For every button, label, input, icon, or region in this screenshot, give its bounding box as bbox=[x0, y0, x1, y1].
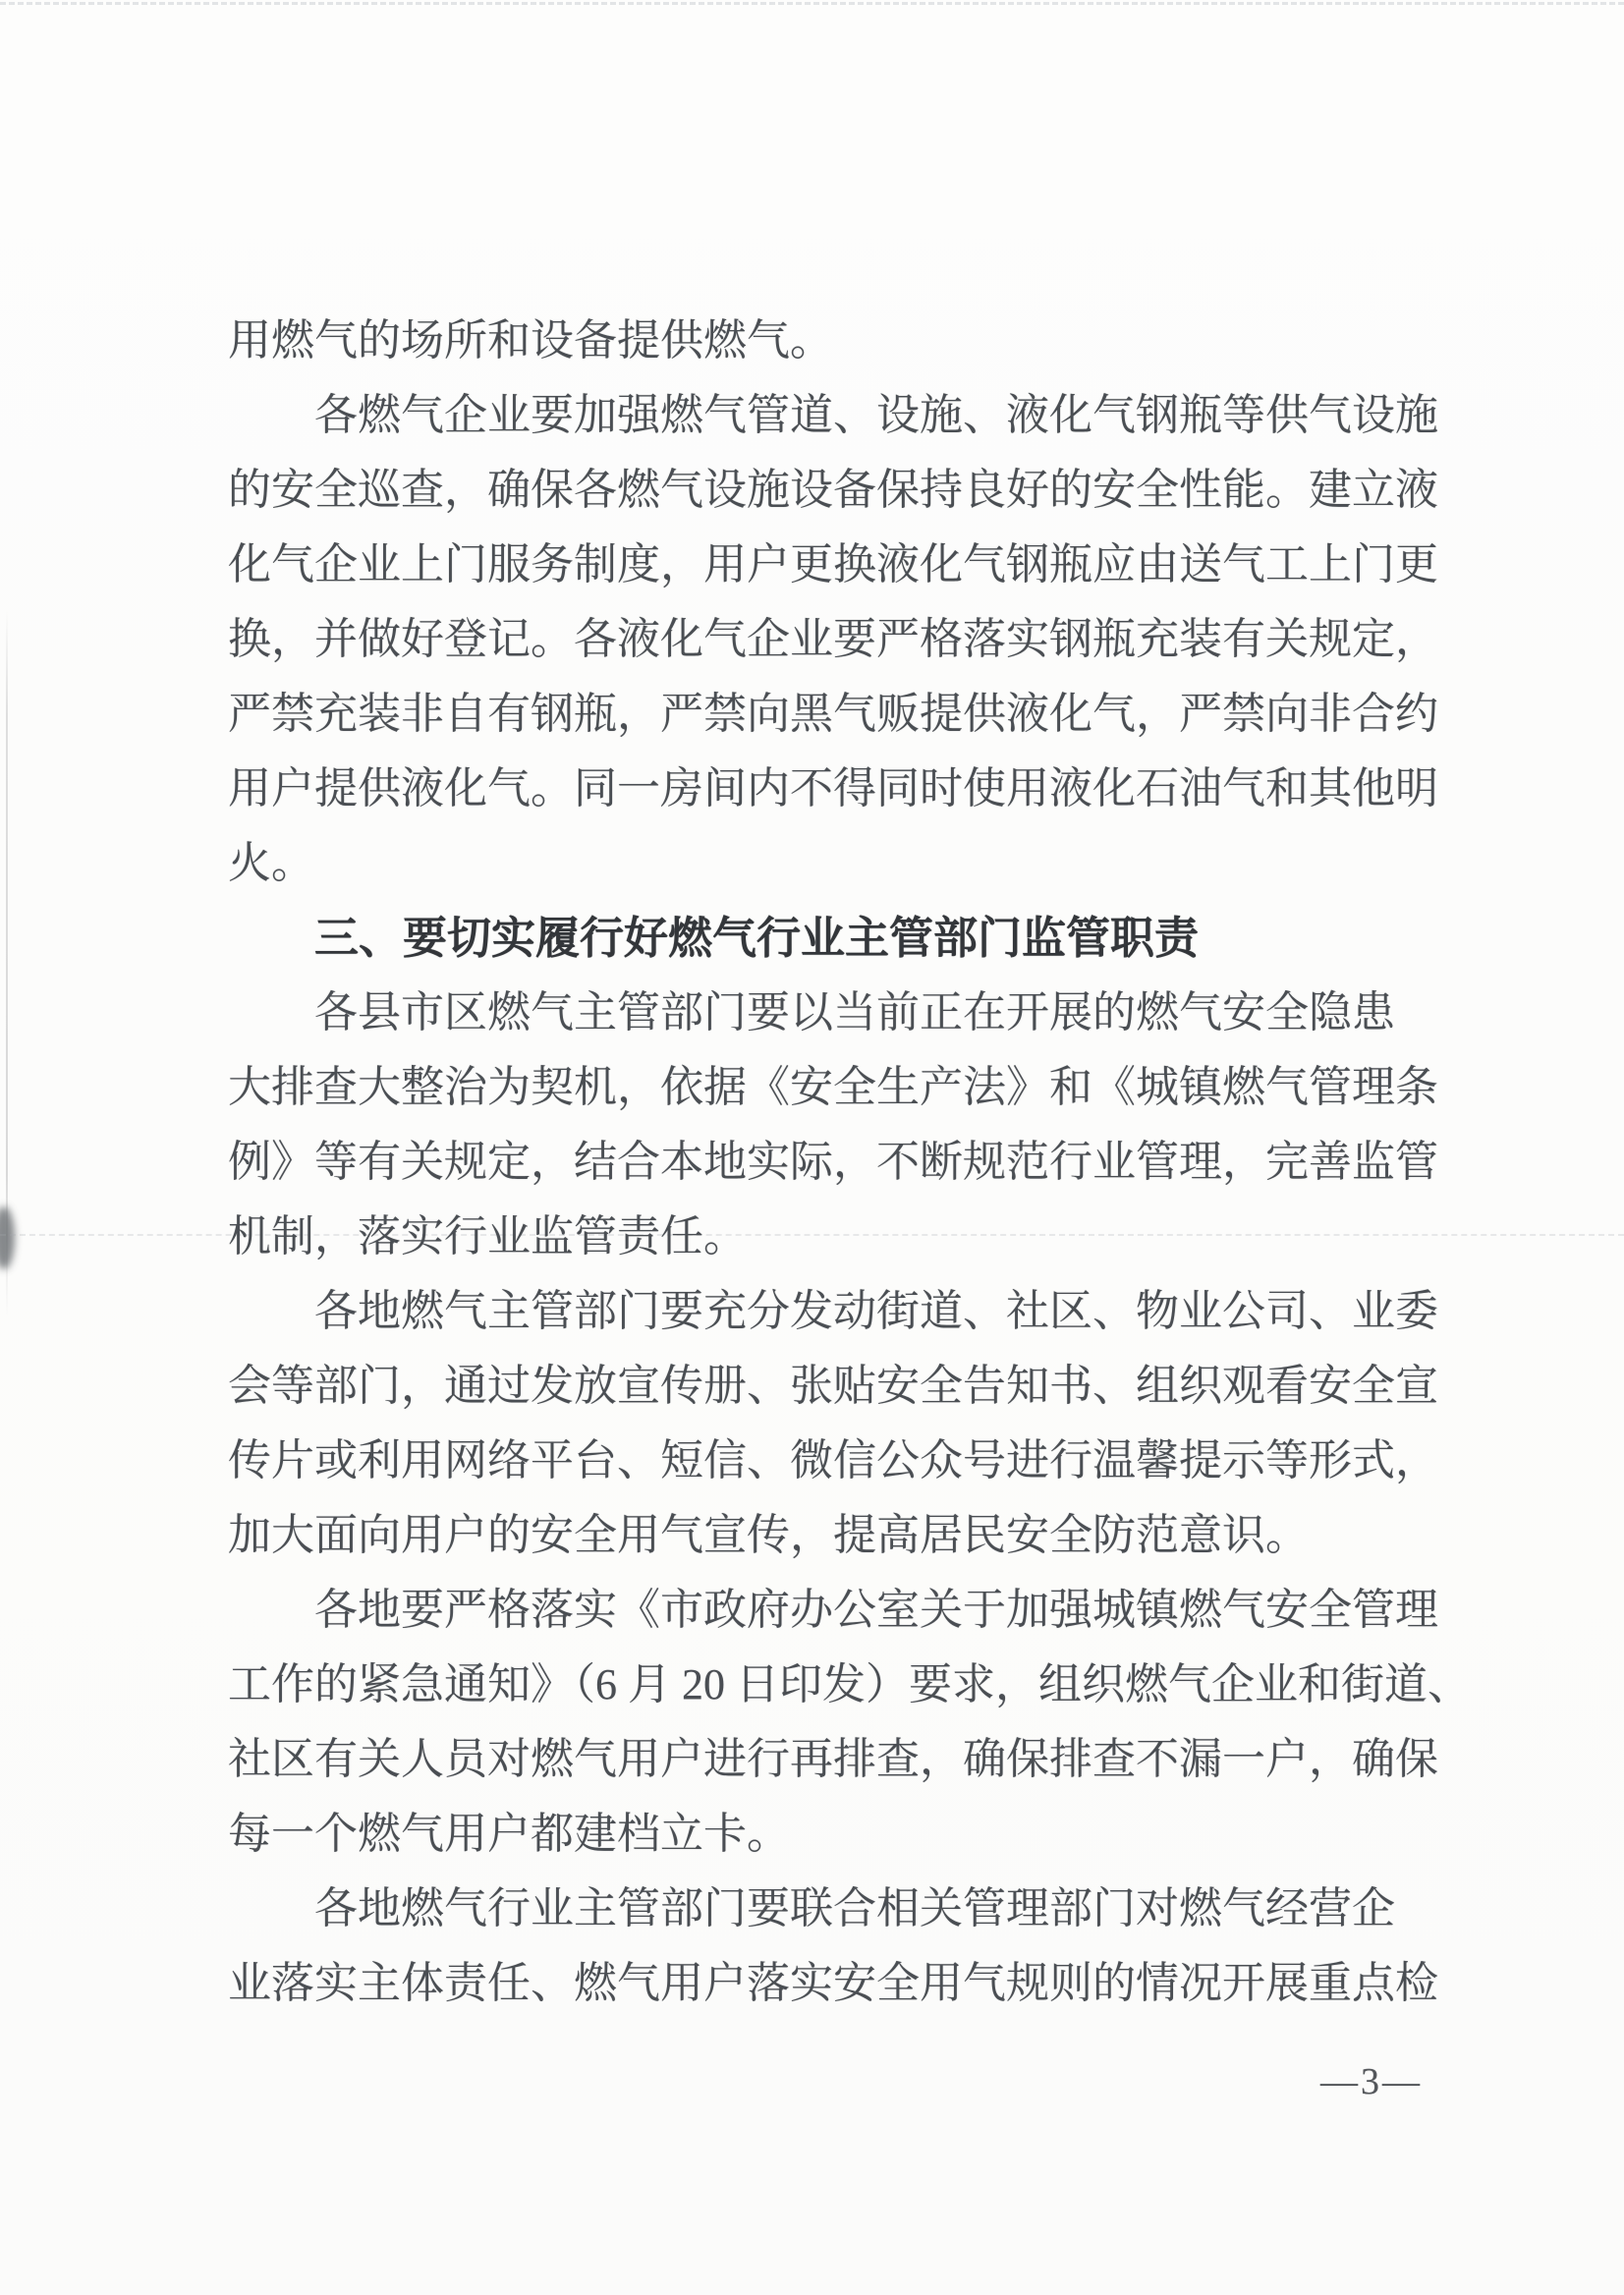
body-text-line: 化气企业上门服务制度，用户更换液化气钢瓶应由送气工上门更 bbox=[228, 528, 1485, 602]
body-text-line: 用户提供液化气。同一房间内不得同时使用液化石油气和其他明 bbox=[228, 752, 1485, 826]
body-text-line: 大排查大整治为契机，依据《安全生产法》和《城镇燃气管理条 bbox=[228, 1050, 1485, 1125]
body-text-line: 换，并做好登记。各液化气企业要严格落实钢瓶充装有关规定， bbox=[228, 602, 1485, 677]
body-text-line: 传片或利用网络平台、短信、微信公众号进行温馨提示等形式， bbox=[228, 1424, 1485, 1498]
body-text-line: 例》等有关规定，结合本地实际，不断规范行业管理，完善监管 bbox=[228, 1125, 1485, 1200]
body-text-line: 各地燃气行业主管部门要联合相关管理部门对燃气经营企 bbox=[228, 1872, 1485, 1946]
scan-artifact-top-edge-speckle bbox=[0, 2, 1624, 5]
body-text-line: 加大面向用户的安全用气宣传，提高居民安全防范意识。 bbox=[228, 1498, 1485, 1573]
body-text-line: 各地要严格落实《市政府办公室关于加强城镇燃气安全管理 bbox=[228, 1573, 1485, 1648]
body-text-line: 社区有关人员对燃气用户进行再排查，确保排查不漏一户，确保 bbox=[228, 1722, 1485, 1797]
body-text-line: 的安全巡查，确保各燃气设施设备保持良好的安全性能。建立液 bbox=[228, 453, 1485, 528]
body-text-line: 用燃气的场所和设备提供燃气。 bbox=[228, 304, 1485, 378]
body-text-line: 各燃气企业要加强燃气管道、设施、液化气钢瓶等供气设施 bbox=[228, 378, 1485, 453]
body-text-line: 火。 bbox=[228, 826, 1485, 901]
body-text-line: 会等部门，通过发放宣传册、张贴安全告知书、组织观看安全宣 bbox=[228, 1349, 1485, 1424]
scanned-document-page: 用燃气的场所和设备提供燃气。各燃气企业要加强燃气管道、设施、液化气钢瓶等供气设施… bbox=[0, 0, 1624, 2295]
body-text-line: 各地燃气主管部门要充分发动街道、社区、物业公司、业委 bbox=[228, 1274, 1485, 1349]
body-text-line: 每一个燃气用户都建档立卡。 bbox=[228, 1797, 1485, 1872]
document-body-text: 用燃气的场所和设备提供燃气。各燃气企业要加强燃气管道、设施、液化气钢瓶等供气设施… bbox=[228, 304, 1485, 2021]
page-number: —3— bbox=[1320, 2059, 1423, 2104]
body-text-line: 工作的紧急通知》（6 月 20 日印发）要求，组织燃气企业和街道、 bbox=[228, 1648, 1485, 1722]
scan-artifact-ink-smudge bbox=[0, 1206, 15, 1269]
body-text-line: 机制，落实行业监管责任。 bbox=[228, 1200, 1485, 1274]
body-text-line: 业落实主体责任、燃气用户落实安全用气规则的情况开展重点检 bbox=[228, 1946, 1485, 2021]
section-heading: 三、要切实履行好燃气行业主管部门监管职责 bbox=[228, 901, 1485, 976]
body-text-line: 各县市区燃气主管部门要以当前正在开展的燃气安全隐患 bbox=[228, 976, 1485, 1050]
body-text-line: 严禁充装非自有钢瓶，严禁向黑气贩提供液化气，严禁向非合约 bbox=[228, 677, 1485, 752]
